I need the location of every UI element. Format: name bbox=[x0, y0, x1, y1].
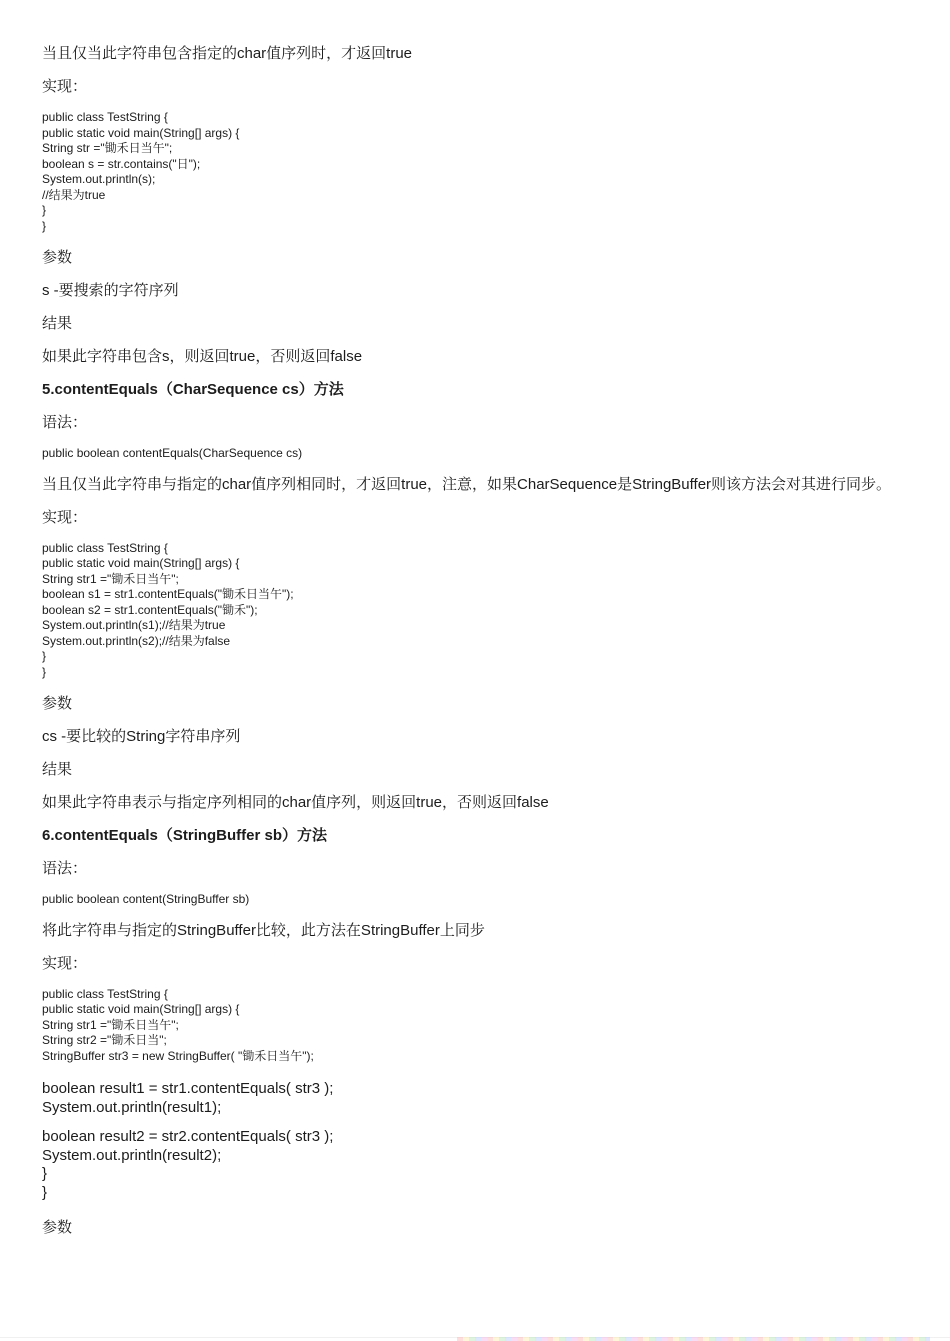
code-line: System.out.println(s); bbox=[42, 172, 908, 188]
code-line: public static void main(String[] args) { bbox=[42, 1002, 908, 1018]
code-line: public static void main(String[] args) { bbox=[42, 556, 908, 572]
code-line: System.out.println(s1);//结果为true bbox=[42, 618, 908, 634]
contains-result-desc: 如果此字符串包含s，则返回true，否则返回false bbox=[42, 347, 908, 367]
content-equals-sb-params-label: 参数 bbox=[42, 1218, 908, 1238]
contains-param-desc: s -要搜索的字符序列 bbox=[42, 281, 908, 301]
code-line: public static void main(String[] args) { bbox=[42, 126, 908, 142]
code-block-spacer bbox=[42, 1202, 908, 1218]
code-line: } bbox=[42, 1165, 908, 1184]
code-line: } bbox=[42, 649, 908, 665]
code-line: //结果为true bbox=[42, 188, 908, 204]
content-equals-cs-result-desc: 如果此字符串表示与指定序列相同的char值序列，则返回true，否则返回fals… bbox=[42, 793, 908, 813]
contains-impl-label: 实现： bbox=[42, 77, 908, 97]
content-equals-cs-param-desc: cs -要比较的String字符串序列 bbox=[42, 727, 908, 747]
content-equals-cs-impl-label: 实现： bbox=[42, 508, 908, 528]
code-blank-line bbox=[42, 1117, 908, 1128]
contains-result-label: 结果 bbox=[42, 314, 908, 334]
watermark-strip bbox=[457, 1337, 930, 1341]
contains-params-label: 参数 bbox=[42, 248, 908, 268]
content-equals-sb-code-block-large: boolean result1 = str1.contentEquals( st… bbox=[42, 1080, 908, 1202]
content-equals-cs-syntax-label: 语法： bbox=[42, 413, 908, 433]
code-line: } bbox=[42, 203, 908, 219]
content-equals-cs-syntax: public boolean contentEquals(CharSequenc… bbox=[42, 446, 908, 462]
content-equals-sb-syntax: public boolean content(StringBuffer sb) bbox=[42, 892, 908, 908]
code-line: boolean result1 = str1.contentEquals( st… bbox=[42, 1080, 908, 1099]
content-equals-sb-desc: 将此字符串与指定的StringBuffer比较，此方法在StringBuffer… bbox=[42, 921, 908, 941]
code-line: } bbox=[42, 219, 908, 235]
content-equals-sb-code-block-small: public class TestString { public static … bbox=[42, 987, 908, 1065]
contains-code-block: public class TestString { public static … bbox=[42, 110, 908, 234]
code-line: String str1 ="锄禾日当午"; bbox=[42, 1018, 908, 1034]
content-equals-cs-desc: 当且仅当此字符串与指定的char值序列相同时，才返回true，注意，如果Char… bbox=[42, 475, 908, 495]
code-line: String str2 ="锄禾日当"; bbox=[42, 1033, 908, 1049]
code-line: System.out.println(s2);//结果为false bbox=[42, 634, 908, 650]
document-body: 当且仅当此字符串包含指定的char值序列时，才返回true 实现： public… bbox=[0, 0, 950, 1238]
code-line: public class TestString { bbox=[42, 987, 908, 1003]
code-line: String str ="锄禾日当午"; bbox=[42, 141, 908, 157]
code-line: public class TestString { bbox=[42, 110, 908, 126]
code-line: StringBuffer str3 = new StringBuffer( "锄… bbox=[42, 1049, 908, 1065]
code-line: } bbox=[42, 665, 908, 681]
code-line: boolean s1 = str1.contentEquals("锄禾日当午")… bbox=[42, 587, 908, 603]
code-line: public class TestString { bbox=[42, 541, 908, 557]
content-equals-sb-impl-label: 实现： bbox=[42, 954, 908, 974]
code-line: System.out.println(result1); bbox=[42, 1099, 908, 1118]
content-equals-sb-syntax-label: 语法： bbox=[42, 859, 908, 879]
content-equals-cs-code-block: public class TestString { public static … bbox=[42, 541, 908, 681]
content-equals-sb-title: 6.contentEquals（StringBuffer sb）方法 bbox=[42, 826, 908, 846]
contains-return-desc: 当且仅当此字符串包含指定的char值序列时，才返回true bbox=[42, 44, 908, 64]
code-line: boolean result2 = str2.contentEquals( st… bbox=[42, 1128, 908, 1147]
code-line: System.out.println(result2); bbox=[42, 1147, 908, 1166]
content-equals-cs-title: 5.contentEquals（CharSequence cs）方法 bbox=[42, 380, 908, 400]
code-line: boolean s2 = str1.contentEquals("锄禾"); bbox=[42, 603, 908, 619]
code-line: } bbox=[42, 1184, 908, 1203]
code-line: String str1 ="锄禾日当午"; bbox=[42, 572, 908, 588]
content-equals-cs-result-label: 结果 bbox=[42, 760, 908, 780]
code-line: boolean s = str.contains("日"); bbox=[42, 157, 908, 173]
content-equals-cs-params-label: 参数 bbox=[42, 694, 908, 714]
